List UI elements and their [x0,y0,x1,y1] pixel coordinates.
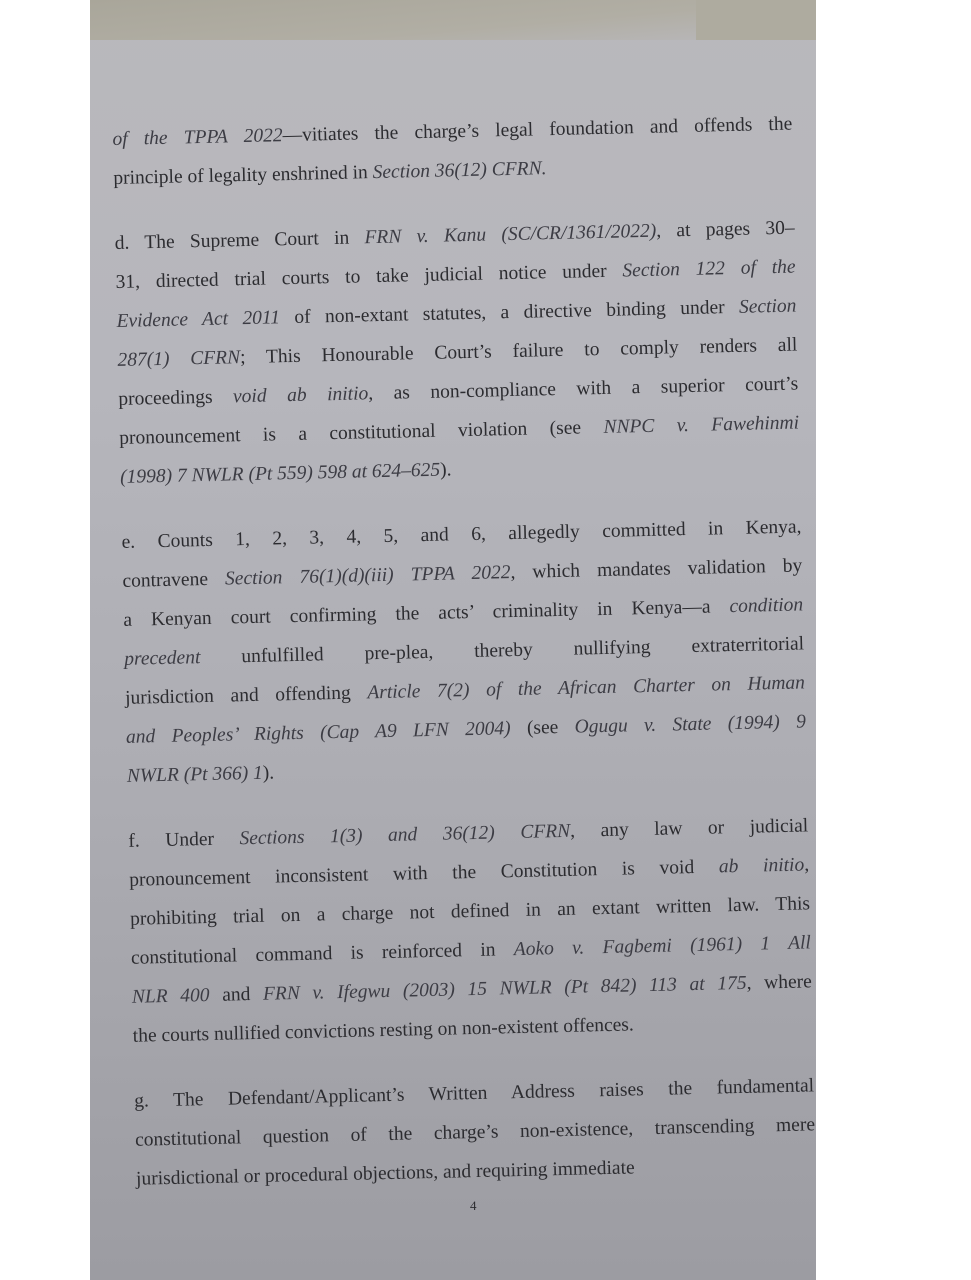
italic-citation: NLR 400 [132,985,210,1008]
italic-citation: (1998) 7 NWLR (Pt 559) 598 at 624–625 [120,460,441,488]
paragraph-g: g. The Defendant/Applicant’s Written Add… [134,1066,816,1198]
paragraph-c-continued: of the TPPA 2022—vitiates the charge’s l… [112,105,794,198]
italic-citation: Section 76(1)(d)(iii) TPPA 2022 [225,562,511,589]
italic-citation: and Peoples’ Rights (Cap A9 LFN 2004) [126,718,511,748]
text-run: ). [440,459,452,480]
text-run: e. Counts 1, 2, 3, 4, 5, and 6, allegedl… [121,516,801,552]
italic-citation: Section 122 of the [622,257,796,282]
italic-citation: FRN v. Ifegwu (2003) 15 NWLR (Pt 842) 11… [263,973,747,1005]
text-run: pronouncement inconsistent with the Cons… [129,856,719,890]
text-run: , [804,854,809,875]
italic-citation: Section [739,296,797,318]
paragraph-d: d. The Supreme Court in FRN v. Kanu (SC/… [114,209,800,497]
italic-citation: 287(1) CFRN [117,347,240,371]
italic-citation: Sections 1(3) and 36(12) CFRN [239,821,570,849]
italic-citation: Article 7(2) of the African Charter on H… [367,672,805,703]
text-run: pronouncement is a constitutional violat… [119,417,604,449]
text-run: principle of legality enshrined in [113,162,373,189]
text-run: the courts nullified convictions resting… [133,1014,634,1046]
italic-citation: FRN v. Kanu (SC/CR/1361/2022) [364,221,656,249]
paragraph-f: f. Under Sections 1(3) and 36(12) CFRN, … [128,806,813,1055]
italic-citation: Section 36(12) CFRN. [372,158,546,183]
page-number: 4 [470,1198,477,1214]
text-run: constitutional command is reinforced in [131,939,514,969]
text-run: and [209,984,263,1006]
text-run: jurisdictional or procedural objections,… [136,1157,635,1189]
text-run: jurisdiction and offending [125,682,368,708]
text-run: (see [510,717,575,739]
text-run: ; This Honourable Court’s failure to com… [240,335,798,369]
text-run: , any law or judicial [570,815,809,841]
text-run: constitutional question of the charge’s … [135,1114,815,1150]
text-run: , where [746,971,812,993]
text-run: , which mandates validation by [510,555,802,583]
italic-citation: Evidence Act 2011 [116,307,280,332]
text-run: , as non-compliance with a superior cour… [368,374,798,405]
text-run: , at pages 30– [656,218,795,242]
text-run: contravene [122,569,225,592]
italic-citation: NWLR (Pt 366) 1 [127,763,263,787]
text-run: prohibiting trial on a charge not define… [130,893,810,929]
text-run: d. The Supreme Court in [115,227,365,254]
text-run: of non-extant statutes, a directive bind… [280,297,739,328]
italic-citation: condition [729,594,803,617]
italic-citation: ab initio [719,854,805,877]
text-run: proceedings [118,386,233,410]
text-run: g. The Defendant/Applicant’s Written Add… [134,1075,814,1111]
italic-citation: Ogugu v. State (1994) 9 [574,711,806,737]
text-run: 31, directed trial courts to take judici… [115,260,622,292]
italic-citation: of the TPPA 2022 [112,125,283,150]
italic-citation: Aoko v. Fagbemi (1961) 1 All [514,932,812,960]
italic-citation: void ab initio [233,383,369,407]
document-photo: of the TPPA 2022—vitiates the charge’s l… [90,0,816,1280]
paragraph-e: e. Counts 1, 2, 3, 4, 5, and 6, allegedl… [121,507,807,795]
text-run: f. Under [128,828,240,852]
text-run: a Kenyan court confirming the acts’ crim… [123,596,730,631]
text-run: —vitiates the charge’s legal foundation … [282,114,792,147]
italic-citation: NNPC v. Fawehinmi [603,412,799,437]
italic-citation: precedent [124,647,201,670]
document-page: of the TPPA 2022—vitiates the charge’s l… [112,105,816,1225]
text-run: ). [263,762,275,783]
text-run: unfulfilled pre-plea, thereby nullifying… [200,633,804,668]
